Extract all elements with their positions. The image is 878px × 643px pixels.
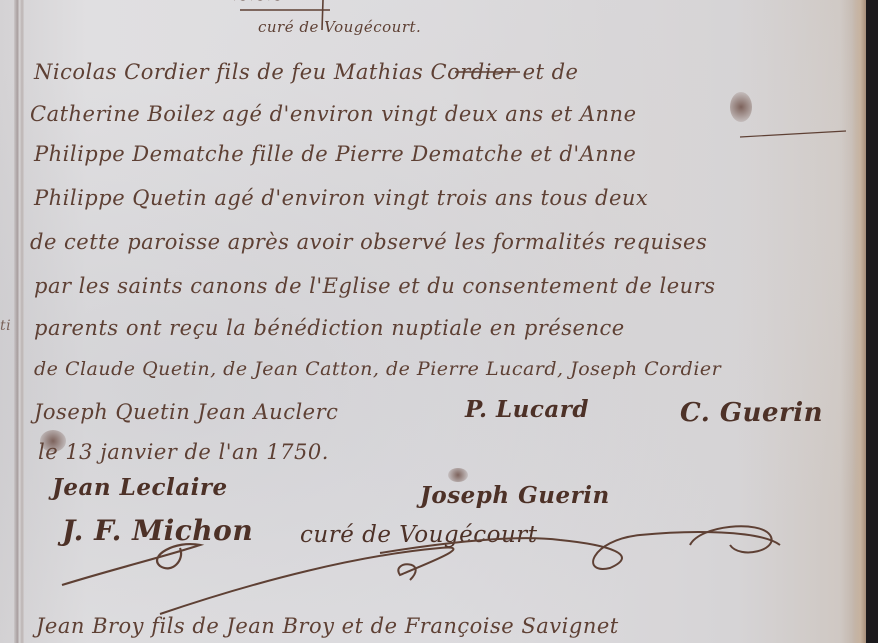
signature-flourish — [0, 0, 866, 643]
register-page: ~~~ curé de Vougécourt. ti Nicolas Cordi… — [0, 0, 866, 643]
next-entry-line: Jean Broy fils de Jean Broy et de Franço… — [36, 614, 619, 638]
